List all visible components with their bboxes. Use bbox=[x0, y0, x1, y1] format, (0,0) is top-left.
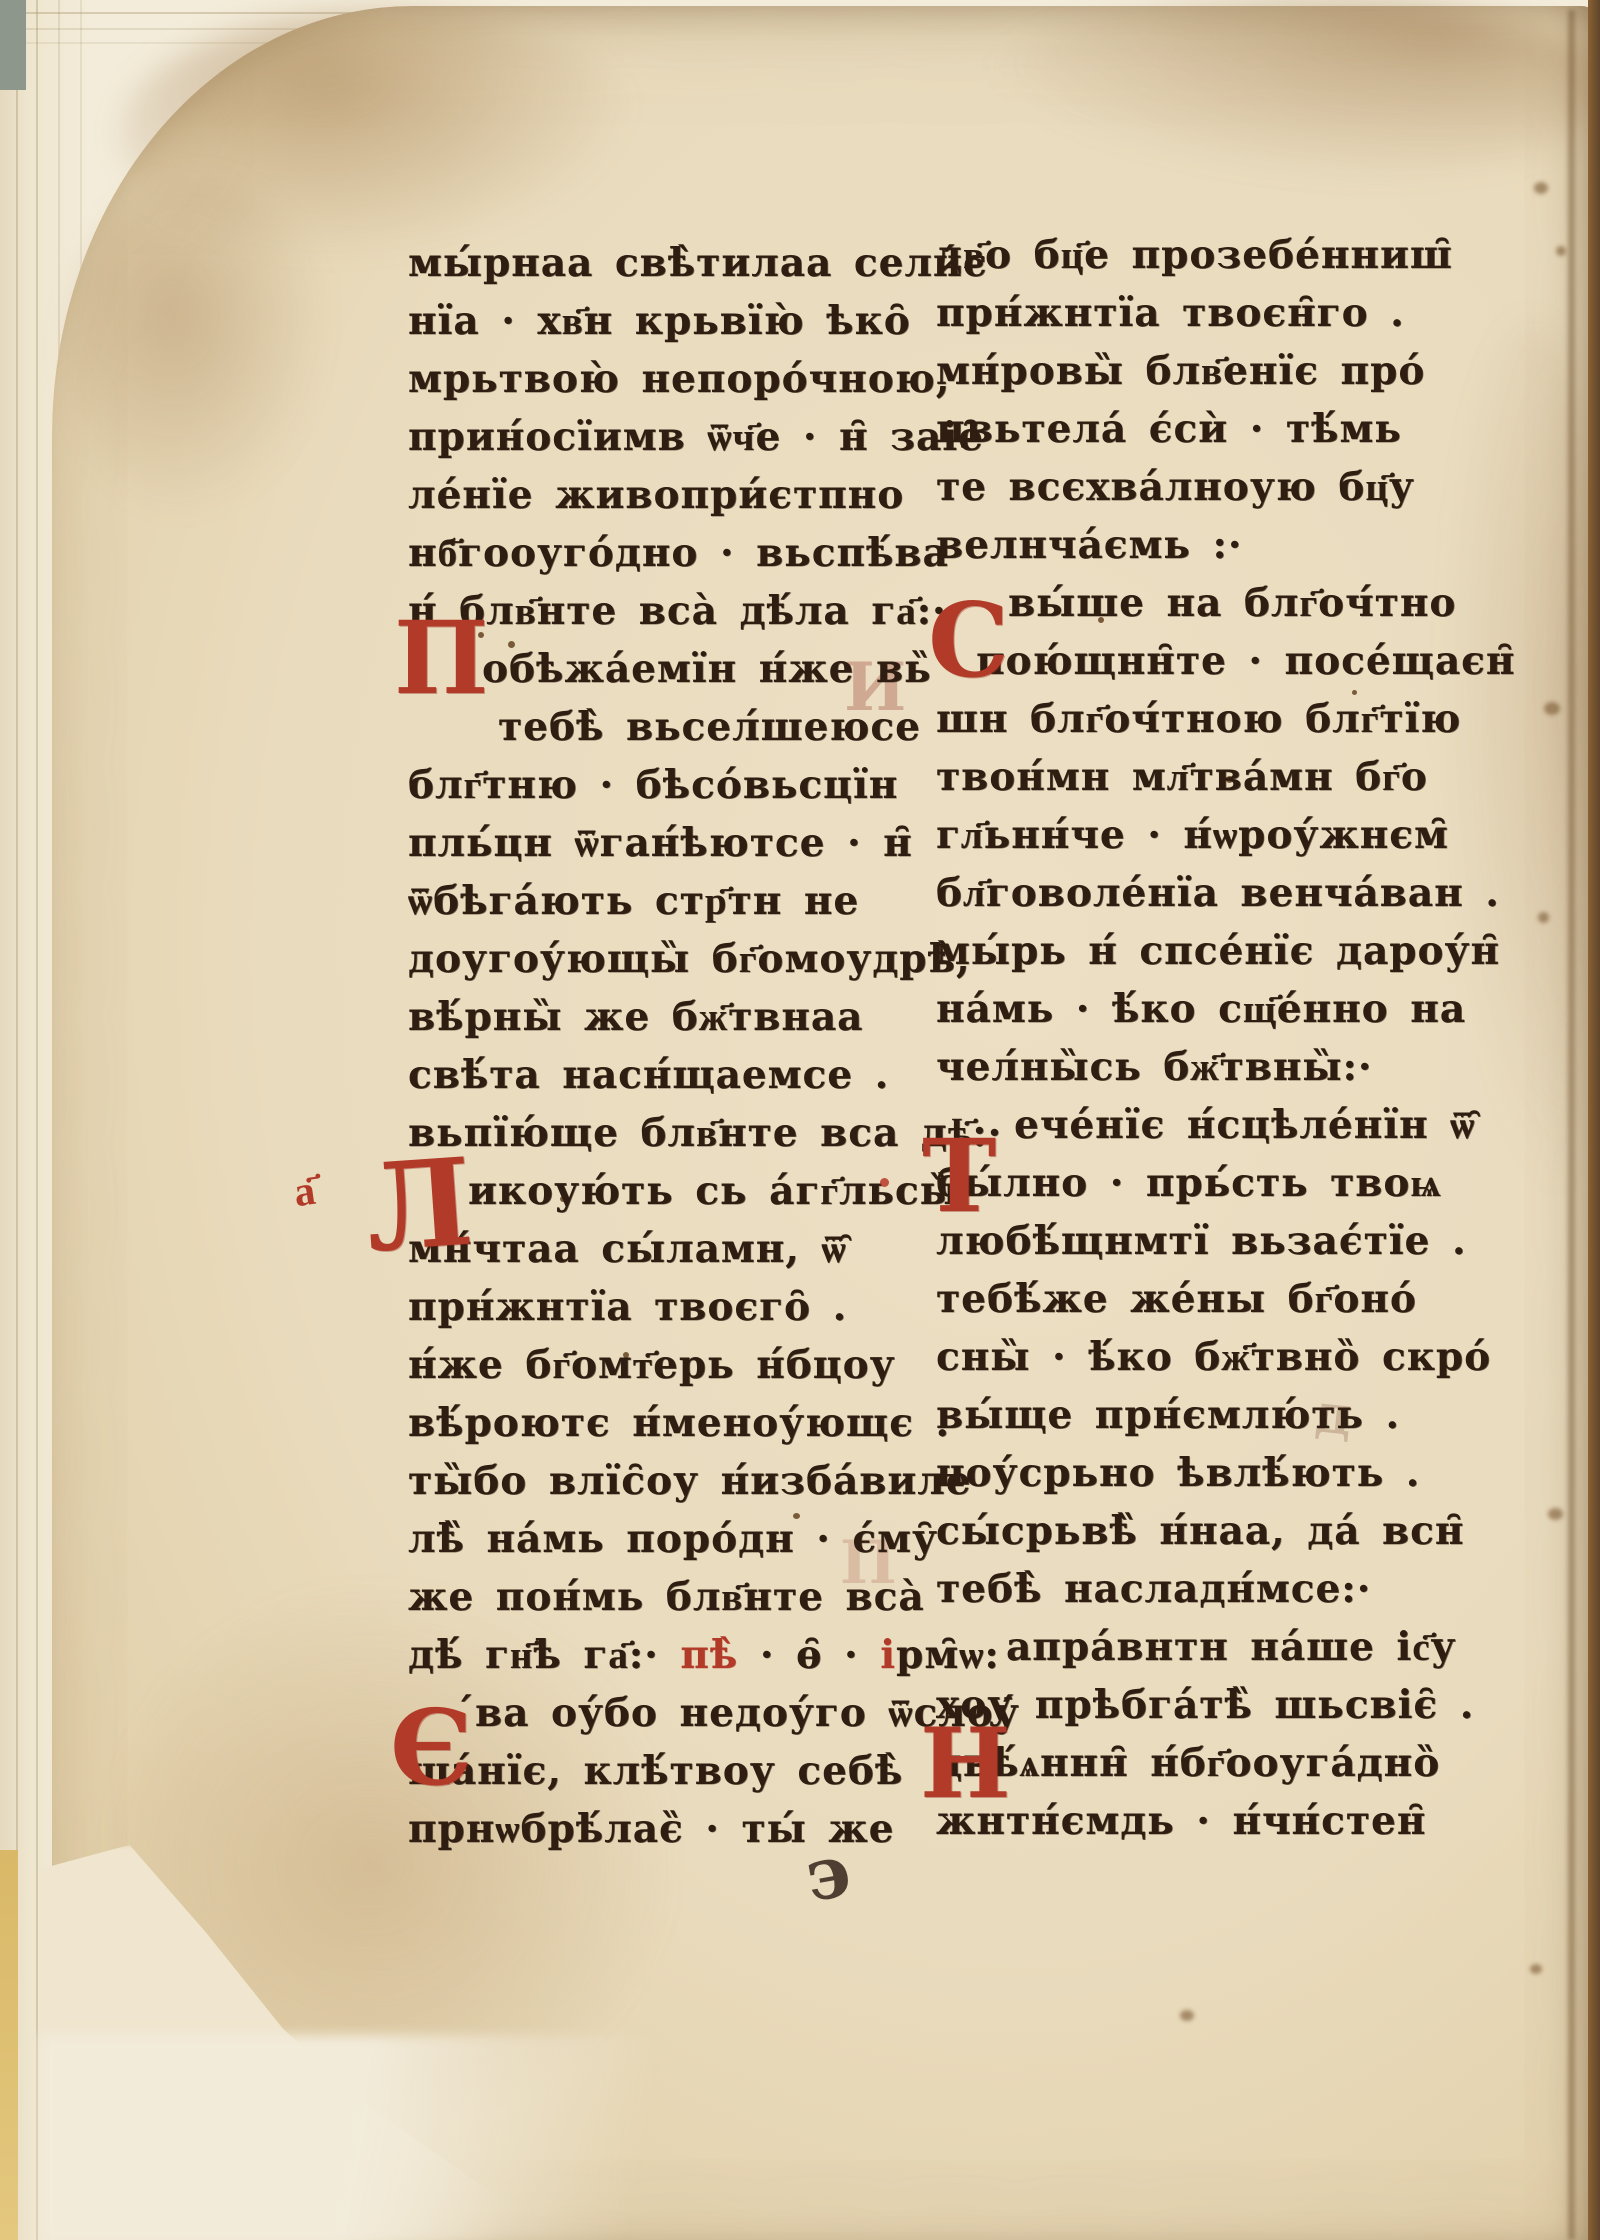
text-line: вьпїю́ще блв҃нте вса дѣ҃:· bbox=[408, 1104, 933, 1162]
ink-text: гл҃ьнн́че · н́ѡроу́жнєм̑ bbox=[936, 812, 1449, 858]
text-line: ноу́срьно ѣвлѣ́ють . bbox=[936, 1444, 1481, 1502]
text-line: шн блг҃оч́тною блг҃тїю bbox=[936, 690, 1481, 748]
rubric-initial-L: Л bbox=[362, 1142, 476, 1269]
text-line: ече́нїє н́сцѣле́нїн ѿ̑ bbox=[936, 1096, 1481, 1154]
column-right: дв҃о бц҃е прозебе́нниш̑прн́жнтїа твоєн̑г… bbox=[936, 226, 1481, 1850]
text-line: мрьтвою̀ непоро́чною, bbox=[408, 350, 933, 408]
ink-text: на́мь · ѣ́ко сщ҃е́нно на bbox=[936, 986, 1466, 1032]
ink-text: н́же бг҃омт҃ерь н́бцоу bbox=[408, 1342, 896, 1388]
text-line: ты̏бо влїс̑оу н́изба́виле bbox=[408, 1452, 933, 1510]
text-line: прнѡбрѣ́лає̏ · ты́ же bbox=[408, 1800, 933, 1858]
photo-background-corner bbox=[0, 1850, 18, 2240]
ink-text: прн́жнтїа твоєн̑го . bbox=[936, 290, 1405, 336]
column-left: мы́рнаа свѣ̀тилаа сели́єнїа · хв҃н крьвї… bbox=[408, 234, 933, 1858]
ink-text: любѣ́щнмтї вьзає́тїе . bbox=[936, 1218, 1467, 1264]
text-line: мн́ровы̏ блв҃енїє про́ bbox=[936, 342, 1481, 400]
ink-text: мы́рь н́ спсе́нїє дароу́н̑ bbox=[936, 928, 1500, 974]
ink-text: ѿбѣга́ють стр҃тн не bbox=[408, 878, 859, 924]
ink-text: апра́внтн на́ше іс҃у bbox=[1006, 1624, 1457, 1670]
text-line: ле́нїе живопри́єтпно bbox=[408, 466, 933, 524]
ink-text: ноу́срьно ѣвлѣ́ють . bbox=[936, 1450, 1420, 1496]
ink-text: нб҃гооуго́дно · вьспѣ́ва bbox=[408, 530, 949, 576]
text-line: нб҃гооуго́дно · вьспѣ́ва bbox=[408, 524, 933, 582]
text-line: вѣ́роютє н́меноу́ющє . bbox=[408, 1394, 933, 1452]
ink-text: вы́ше на блг҃оч́тно bbox=[1008, 580, 1456, 626]
ink-text: дв҃о бц҃е прозебе́нниш̑ bbox=[936, 232, 1453, 278]
ink-text: н́ блв҃нте вса̀ дѣ́ла га҃:· bbox=[408, 588, 947, 634]
ink-text: лѣ̏ на́мь поро́дн · є́му̑ bbox=[408, 1516, 938, 1562]
ink-text: вы́ще прн́ємлю́ть . bbox=[936, 1392, 1400, 1438]
ink-text: бы́лно · прь́сть твоѩ bbox=[936, 1160, 1442, 1206]
text-line: бл҃говоле́нїа венча́ван . bbox=[936, 864, 1481, 922]
text-line: свѣ́та насн́щаемсе . bbox=[408, 1046, 933, 1104]
text-line: же пон́мь блв҃нте вса̀ bbox=[408, 1568, 933, 1626]
rubric-initial-E: Є bbox=[390, 1696, 473, 1800]
text-line: твон́мн мл҃тва́мн бг҃о bbox=[936, 748, 1481, 806]
ink-text: цвьтела́ є́сѝ · тѣ́мь bbox=[936, 406, 1402, 452]
text-line: икоую́ть сь а́гг҃льсы̏ bbox=[408, 1162, 933, 1220]
text-line: блг҃тню · бѣсо́вьсцїн bbox=[408, 756, 933, 814]
rubric-text: і bbox=[880, 1632, 896, 1678]
ink-text: тебѣ́же же́ны бг҃оно́ bbox=[936, 1276, 1417, 1322]
ink-text: икоую́ть сь а́гг҃льсы̏ bbox=[468, 1168, 960, 1214]
ink-text: тебѣ̀ насладн́мсе:· bbox=[936, 1566, 1371, 1612]
text-line: прин́осїимв ѿч҃е · н̑ заіе̑ bbox=[408, 408, 933, 466]
ink-text: хоу прѣбга́тѣ̏ шьсвіє̑ . bbox=[936, 1682, 1474, 1728]
text-line: нїа · хв҃н крьвїю̀ ѣко̑ bbox=[408, 292, 933, 350]
ink-text: вьпїю́ще блв҃нте вса дѣ҃:· bbox=[408, 1110, 1002, 1156]
text-line: сы́срьвѣ̏ н́наа, да́ всн̑ bbox=[936, 1502, 1481, 1560]
text-line: пль́цн ѿган́ѣютсе · н̑ bbox=[408, 814, 933, 872]
ink-text: пою́щнн̑те · посе́щаєн̑ bbox=[976, 638, 1515, 684]
text-line: на́мь · ѣ́ко сщ҃е́нно на bbox=[936, 980, 1481, 1038]
ink-text: блг҃тню · бѣсо́вьсцїн bbox=[408, 762, 898, 808]
text-line: сны̏ · ѣ́ко бж҃твно̏ скро́ bbox=[936, 1328, 1481, 1386]
ink-text: мрьтвою̀ непоро́чною, bbox=[408, 356, 950, 402]
text-line: любѣ́щнмтї вьзає́тїе . bbox=[936, 1212, 1481, 1270]
text-line: н́же бг҃омт҃ерь н́бцоу bbox=[408, 1336, 933, 1394]
ink-text: двѣ́ѧннн̑ н́бг҃ооуга́дно̏ bbox=[936, 1740, 1440, 1786]
text-line: хоу прѣбга́тѣ̏ шьсвіє̑ . bbox=[936, 1676, 1481, 1734]
text-line: доугоу́ющы̏ бг҃омоудрѣ̀, bbox=[408, 930, 933, 988]
ink-text: же пон́мь блв҃нте вса̀ bbox=[408, 1574, 925, 1620]
rubric-initial-T: Т bbox=[922, 1126, 996, 1226]
ink-text: мы́рнаа свѣ̀тилаа сели́є bbox=[408, 240, 988, 286]
ink-text: вѣ́рны̏ же бж҃твнаа bbox=[408, 994, 863, 1040]
ink-text: прин́осїимв ѿч҃е · н̑ заіе̑ bbox=[408, 414, 984, 460]
text-line: дв҃о бц҃е прозебе́нниш̑ bbox=[936, 226, 1481, 284]
ink-text: тебѣ̀ вьсел́шеюсе bbox=[498, 704, 921, 750]
red-ink-dot bbox=[880, 1178, 889, 1187]
ink-text: нїа · хв҃н крьвїю̀ ѣко̑ bbox=[408, 298, 911, 344]
text-line: апра́внтн на́ше іс҃у bbox=[936, 1618, 1481, 1676]
sheet-edge bbox=[36, 0, 38, 2240]
text-line: дѣ́ гн҃ѣ га҃:· пѣ̀ · ѳ̑ · ірм̑ѡ: bbox=[408, 1626, 933, 1684]
text-line: тебѣ̀ насладн́мсе:· bbox=[936, 1560, 1481, 1618]
rubric-initial-N: Н bbox=[920, 1716, 1011, 1812]
text-line: цвьтела́ є́сѝ · тѣ́мь bbox=[936, 400, 1481, 458]
text-line: велнча́ємь :· bbox=[936, 516, 1481, 574]
text-line: мы́рнаа свѣ̀тилаа сели́є bbox=[408, 234, 933, 292]
ink-text: бл҃говоле́нїа венча́ван . bbox=[936, 870, 1500, 916]
text-line: вы́ще прн́ємлю́ть . bbox=[936, 1386, 1481, 1444]
text-line: тебѣ́же же́ны бг҃оно́ bbox=[936, 1270, 1481, 1328]
ink-text: ле́нїе живопри́єтпно bbox=[408, 472, 904, 518]
ink-text: обѣжа́емїн н́же вь̏ bbox=[482, 646, 932, 692]
ink-text: ты̏бо влїс̑оу н́изба́виле bbox=[408, 1458, 972, 1504]
ink-text: шн блг҃оч́тною блг҃тїю bbox=[936, 696, 1461, 742]
rubric-text: пѣ̀ bbox=[680, 1632, 738, 1678]
rubric-initial-P: П bbox=[394, 608, 488, 708]
text-line: прн́жнтїа твоєго̑ . bbox=[408, 1278, 933, 1336]
ink-text: ече́нїє н́сцѣле́нїн ѿ̑ bbox=[1014, 1102, 1475, 1148]
ink-text: вѣ́роютє н́меноу́ющє . bbox=[408, 1400, 950, 1446]
text-line: лѣ̏ на́мь поро́дн · є́му̑ bbox=[408, 1510, 933, 1568]
text-line: те всєхва́лноую бц҃у bbox=[936, 458, 1481, 516]
ink-text: дѣ́ гн҃ѣ га҃:· bbox=[408, 1632, 680, 1678]
text-line: ша́нїє, клѣ́твоу себѣ̀ bbox=[408, 1742, 933, 1800]
ink-text: доугоу́ющы̏ бг҃омоудрѣ̀, bbox=[408, 936, 971, 982]
ink-text: те всєхва́лноую бц҃у bbox=[936, 464, 1415, 510]
ink-text: чел́ны̏сь бж҃твны̏:· bbox=[936, 1044, 1372, 1090]
text-line: бы́лно · прь́сть твоѩ bbox=[936, 1154, 1481, 1212]
text-line: жнтн́ємдь · н́чн́стен̑ bbox=[936, 1792, 1481, 1850]
text-line: ѿбѣга́ють стр҃тн не bbox=[408, 872, 933, 930]
ink-text: свѣ́та насн́щаемсе . bbox=[408, 1052, 889, 1098]
text-line: чел́ны̏сь бж҃твны̏:· bbox=[936, 1038, 1481, 1096]
photo-background-corner bbox=[0, 0, 26, 90]
ink-text: пль́цн ѿган́ѣютсе · н̑ bbox=[408, 820, 913, 866]
text-line: пою́щнн̑те · посе́щаєн̑ bbox=[936, 632, 1481, 690]
ink-text: · ѳ̑ · bbox=[738, 1632, 880, 1678]
text-line: гл҃ьнн́че · н́ѡроу́жнєм̑ bbox=[936, 806, 1481, 864]
text-line: вы́ше на блг҃оч́тно bbox=[936, 574, 1481, 632]
rubric-initial-S: С bbox=[928, 590, 1009, 692]
ink-text: ша́нїє, клѣ́твоу себѣ̀ bbox=[408, 1748, 903, 1794]
text-line: ́ва оу́бо недоу́го ѿслоу́ bbox=[408, 1684, 933, 1742]
ink-text: сы́срьвѣ̏ н́наа, да́ всн̑ bbox=[936, 1508, 1464, 1554]
text-line: вѣ́рны̏ же бж҃твнаа bbox=[408, 988, 933, 1046]
manuscript-photo: { "palette":{ "parchment":"#e9dbbd","par… bbox=[0, 0, 1600, 2240]
ink-text: твон́мн мл҃тва́мн бг҃о bbox=[936, 754, 1428, 800]
ink-text: прн́жнтїа твоєго̑ . bbox=[408, 1284, 847, 1330]
text-line: мы́рь н́ спсе́нїє дароу́н̑ bbox=[936, 922, 1481, 980]
text-line: мн́чтаа сы́ламн, ѿ̑ bbox=[408, 1220, 933, 1278]
ink-text: сны̏ · ѣ́ко бж҃твно̏ скро́ bbox=[936, 1334, 1491, 1380]
text-line: прн́жнтїа твоєн̑го . bbox=[936, 284, 1481, 342]
ink-text: велнча́ємь :· bbox=[936, 522, 1242, 568]
text-line: двѣ́ѧннн̑ н́бг҃ооуга́дно̏ bbox=[936, 1734, 1481, 1792]
ink-text: мн́ровы̏ блв҃енїє про́ bbox=[936, 348, 1425, 394]
